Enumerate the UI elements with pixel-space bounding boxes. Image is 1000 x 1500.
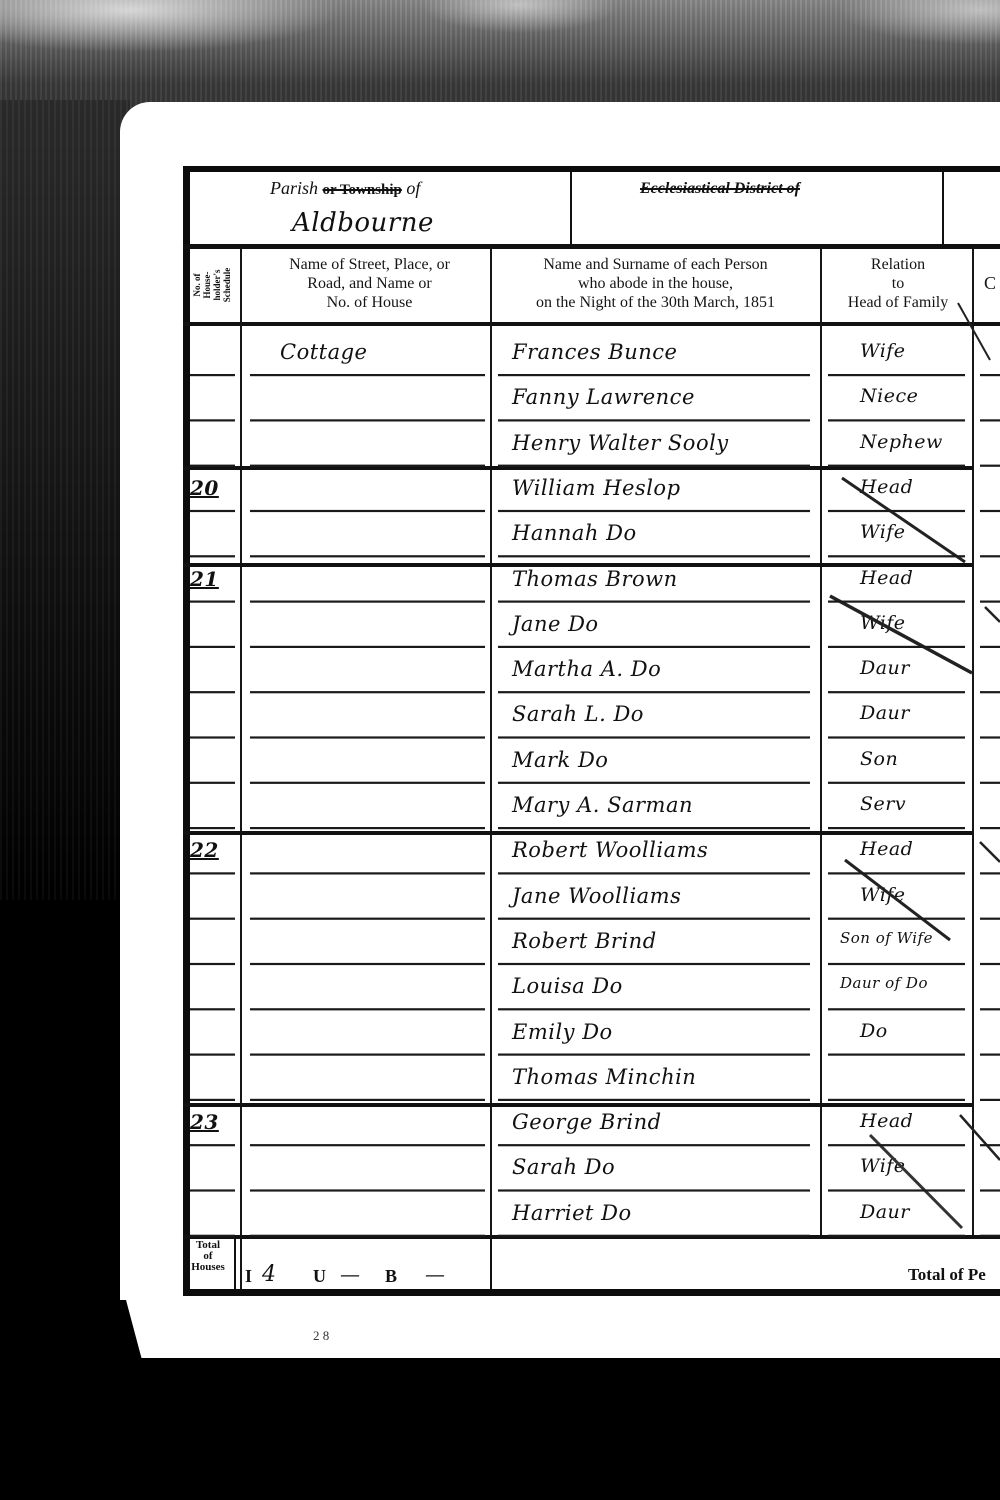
relation-cell: Nephew (860, 431, 943, 453)
person-name: Sarah Do (512, 1155, 615, 1179)
header-line: Road, and Name or (247, 274, 492, 293)
relation-cell: Daur (860, 1201, 910, 1223)
person-name: Thomas Brown (512, 567, 678, 591)
schedule-number: 23 (190, 1110, 219, 1134)
header-line: House- (202, 250, 212, 320)
schedule-number: 21 (190, 567, 219, 591)
person-name: Henry Walter Sooly (512, 431, 729, 455)
person-name: Jane Do (512, 612, 599, 636)
schedule-number: 20 (190, 476, 219, 500)
relation-cell: Son (860, 748, 898, 770)
person-name: Martha A. Do (512, 657, 661, 681)
relation-cell: Wife (860, 1155, 906, 1177)
header-schedule-no: No. of House- holder's Schedule (192, 250, 232, 320)
relation-cell: Niece (860, 385, 918, 407)
building-label: B (385, 1266, 397, 1287)
header-line: who abode in the house, (488, 274, 823, 293)
person-name: Thomas Minchin (512, 1065, 696, 1089)
relation-cell: Do (860, 1020, 888, 1042)
relation-cell: Daur (860, 702, 910, 724)
uninhabited-value: — (340, 1262, 361, 1286)
relation-cell: Head (860, 838, 913, 860)
person-name: Mary A. Sarman (512, 793, 693, 817)
person-name: Emily Do (512, 1020, 613, 1044)
person-name: Harriet Do (512, 1201, 632, 1225)
header-name: Name and Surname of each Person who abod… (488, 255, 823, 312)
person-name: Frances Bunce (512, 340, 677, 364)
header-line: No. of House (247, 293, 492, 312)
scan-background-left (0, 100, 130, 900)
relation-cell: Wife (860, 612, 906, 634)
person-name: William Heslop (512, 476, 681, 500)
person-name: Fanny Lawrence (512, 385, 695, 409)
relation-cell: Wife (860, 340, 906, 362)
inhabited-label: I (245, 1266, 252, 1287)
header-relation: Relation to Head of Family (822, 255, 974, 312)
schedule-number: 22 (190, 838, 219, 862)
header-next-column: C (984, 274, 996, 293)
header-line: holder's (212, 250, 222, 320)
header-line: on the Night of the 30th March, 1851 (488, 293, 823, 312)
total-persons-label: Total of Pe (908, 1265, 986, 1285)
person-name: Mark Do (512, 748, 608, 772)
header-line: Name of Street, Place, or (247, 255, 492, 274)
street-cell: Cottage (280, 340, 367, 364)
parish-label-struck: or Township (323, 182, 402, 198)
parish-label: Parish or Township of (270, 178, 420, 199)
totals-label: Total of Houses (183, 1240, 233, 1273)
person-name: Louisa Do (512, 974, 623, 998)
header-line: to (822, 274, 974, 293)
totals-label-line: Houses (183, 1262, 233, 1273)
header-line: Head of Family (822, 293, 974, 312)
uninhabited-label: U (313, 1266, 326, 1287)
parish-label-prefix: Parish (270, 178, 318, 198)
person-name: Sarah L. Do (512, 702, 644, 726)
person-name: Robert Brind (512, 929, 657, 953)
ecclesiastical-district-label: Ecclesiastical District of (640, 180, 800, 198)
relation-cell: Wife (860, 521, 906, 543)
person-name: George Brind (512, 1110, 662, 1134)
header-line: Relation (822, 255, 974, 274)
relation-cell: Head (860, 1110, 913, 1132)
header-line: Name and Surname of each Person (488, 255, 823, 274)
person-name: Hannah Do (512, 521, 637, 545)
relation-cell: Serv (860, 793, 906, 815)
relation-cell: Daur of Do (840, 974, 928, 992)
relation-cell: Head (860, 476, 913, 498)
relation-cell: Head (860, 567, 913, 589)
page-footer-mark: 2 8 (313, 1328, 329, 1344)
header-street: Name of Street, Place, or Road, and Name… (247, 255, 492, 312)
parish-label-suffix: of (406, 178, 420, 198)
relation-cell: Wife (860, 884, 906, 906)
building-value: — (425, 1262, 446, 1286)
relation-cell: Son of Wife (840, 929, 933, 947)
header-line: No. of (192, 250, 202, 320)
relation-cell: Daur (860, 657, 910, 679)
person-name: Jane Woolliams (512, 884, 681, 908)
parish-value: Aldbourne (292, 208, 434, 238)
header-line: Schedule (222, 250, 232, 320)
inhabited-value: 4 (262, 1262, 277, 1287)
person-name: Robert Woolliams (512, 838, 708, 862)
